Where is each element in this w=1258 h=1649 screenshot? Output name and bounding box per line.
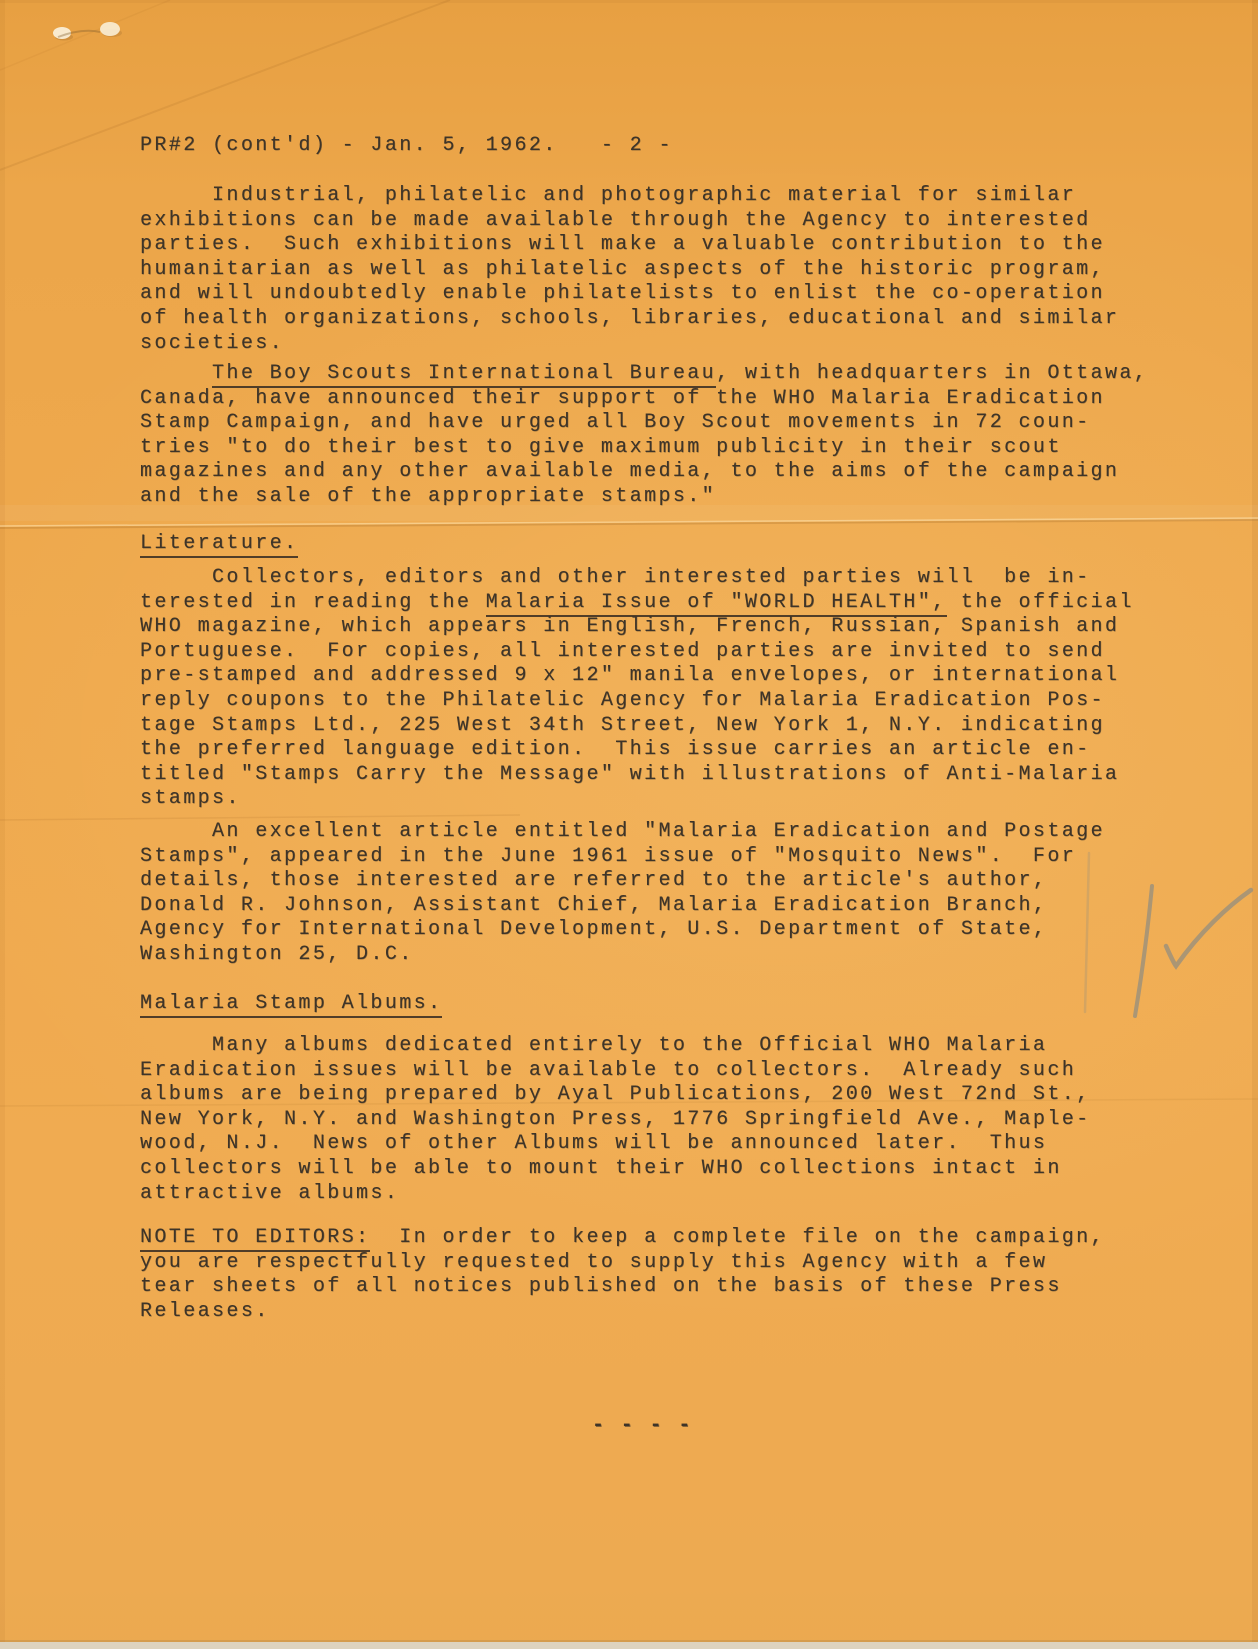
text-line: Industrial, philatelic and photographic …	[140, 184, 1119, 209]
text-segment: reply coupons to the Philatelic Agency f…	[140, 689, 1105, 712]
text-line: The Boy Scouts International Bureau, wit…	[140, 362, 1148, 387]
text-line: WHO magazine, which appears in English, …	[140, 615, 1134, 640]
text-line: Donald R. Johnson, Assistant Chief, Mala…	[140, 894, 1105, 919]
underlined-text: Literature.	[140, 532, 298, 558]
text-segment: attractive albums.	[140, 1182, 399, 1205]
text-segment	[140, 362, 212, 385]
text-line: Stamps", appeared in the June 1961 issue…	[140, 845, 1105, 870]
text-line: pre-stamped and addressed 9 x 12" manila…	[140, 664, 1134, 689]
text-segment: exhibitions can be made available throug…	[140, 209, 1091, 232]
text-segment: Donald R. Johnson, Assistant Chief, Mala…	[140, 894, 1047, 917]
text-segment: Industrial, philatelic and photographic …	[140, 184, 1076, 207]
text-line: magazines and any other available media,…	[140, 460, 1148, 485]
paragraph-industrial-material: Industrial, philatelic and photographic …	[140, 184, 1119, 356]
text-line: Canada, have announced their support of …	[140, 387, 1148, 412]
text-segment: tries "to do their best to give maximum …	[140, 436, 1062, 459]
text-segment: wood, N.J. News of other Albums will be …	[140, 1132, 1047, 1155]
text-line: and the sale of the appropriate stamps."	[140, 485, 1148, 510]
paragraph-note-to-editors: NOTE TO EDITORS: In order to keep a comp…	[140, 1226, 1105, 1324]
text-segment: Many albums dedicated entirely to the Of…	[140, 1034, 1047, 1057]
text-segment: titled "Stamps Carry the Message" with i…	[140, 763, 1119, 786]
paragraph-mosquito-news-article: An excellent article entitled "Malaria E…	[140, 820, 1105, 968]
text-line: the preferred language edition. This iss…	[140, 738, 1134, 763]
text-line: tries "to do their best to give maximum …	[140, 436, 1148, 461]
text-line: Portuguese. For copies, all interested p…	[140, 640, 1134, 665]
text-segment: terested in reading the	[140, 591, 486, 614]
text-segment: albums are being prepared by Ayal Public…	[140, 1083, 1091, 1106]
text-segment: Eradication issues will be available to …	[140, 1059, 1076, 1082]
paragraph-world-health-magazine: Collectors, editors and other interested…	[140, 566, 1134, 812]
text-segment: parties. Such exhibitions will make a va…	[140, 233, 1105, 256]
text-line: NOTE TO EDITORS: In order to keep a comp…	[140, 1226, 1105, 1251]
text-line: tear sheets of all notices published on …	[140, 1275, 1105, 1300]
text-segment: Collectors, editors and other interested…	[140, 566, 1091, 589]
text-segment: of health organizations, schools, librar…	[140, 307, 1119, 330]
text-segment: New York, N.Y. and Washington Press, 177…	[140, 1108, 1091, 1131]
text-line: and will undoubtedly enable philatelists…	[140, 282, 1119, 307]
text-line: wood, N.J. News of other Albums will be …	[140, 1132, 1091, 1157]
text-line: societies.	[140, 332, 1119, 357]
text-segment: tear sheets of all notices published on …	[140, 1275, 1062, 1298]
text-segment: An excellent article entitled "Malaria E…	[140, 820, 1105, 843]
text-line: Collectors, editors and other interested…	[140, 566, 1134, 591]
text-line: of health organizations, schools, librar…	[140, 307, 1119, 332]
scanned-press-release-page: PR#2 (cont'd) - Jan. 5, 1962. - 2 - Indu…	[0, 0, 1258, 1649]
text-line: tage Stamps Ltd., 225 West 34th Street, …	[140, 714, 1134, 739]
text-segment: Washington 25, D.C.	[140, 943, 414, 966]
text-segment: In order to keep a complete file on the …	[370, 1226, 1105, 1249]
heading-malaria-stamp-albums: Malaria Stamp Albums.	[140, 992, 442, 1017]
text-segment: magazines and any other available media,…	[140, 460, 1119, 483]
text-line: details, those interested are referred t…	[140, 869, 1105, 894]
text-segment: and the sale of the appropriate stamps."	[140, 485, 716, 508]
text-segment: humanitarian as well as philatelic aspec…	[140, 258, 1105, 281]
text-line: An excellent article entitled "Malaria E…	[140, 820, 1105, 845]
text-segment: Stamp Campaign, and have urged all Boy S…	[140, 411, 1091, 434]
text-line: Washington 25, D.C.	[140, 943, 1105, 968]
text-line: titled "Stamps Carry the Message" with i…	[140, 763, 1134, 788]
text-line: you are respectfully requested to supply…	[140, 1251, 1105, 1276]
text-segment: stamps.	[140, 787, 241, 810]
underlined-text: NOTE TO EDITORS:	[140, 1226, 370, 1252]
typewritten-text-layer: PR#2 (cont'd) - Jan. 5, 1962. - 2 - Indu…	[0, 0, 1258, 1649]
text-line: New York, N.Y. and Washington Press, 177…	[140, 1108, 1091, 1133]
text-segment: Portuguese. For copies, all interested p…	[140, 640, 1105, 663]
heading-literature: Literature.	[140, 532, 298, 557]
text-segment: , with headquarters in Ottawa,	[716, 362, 1148, 385]
text-line: reply coupons to the Philatelic Agency f…	[140, 689, 1134, 714]
text-segment: societies.	[140, 332, 284, 355]
text-segment: tage Stamps Ltd., 225 West 34th Street, …	[140, 714, 1105, 737]
text-line: Malaria Stamp Albums.	[140, 992, 442, 1017]
paragraph-stamp-albums: Many albums dedicated entirely to the Of…	[140, 1034, 1091, 1206]
underlined-text: The Boy Scouts International Bureau	[212, 362, 716, 388]
text-segment: the preferred language edition. This iss…	[140, 738, 1091, 761]
text-segment: Stamps", appeared in the June 1961 issue…	[140, 845, 1076, 868]
text-line: attractive albums.	[140, 1182, 1091, 1207]
text-line: parties. Such exhibitions will make a va…	[140, 233, 1119, 258]
page-header: PR#2 (cont'd) - Jan. 5, 1962. - 2 -	[140, 134, 673, 159]
text-segment: collectors will be able to mount their W…	[140, 1157, 1062, 1180]
text-segment: details, those interested are referred t…	[140, 869, 1047, 892]
text-segment: you are respectfully requested to supply…	[140, 1251, 1047, 1274]
text-segment: Canada, have announced their support of …	[140, 387, 1105, 410]
text-segment: Releases.	[140, 1300, 270, 1323]
text-segment: and will undoubtedly enable philatelists…	[140, 282, 1105, 305]
text-line: terested in reading the Malaria Issue of…	[140, 591, 1134, 616]
text-line: albums are being prepared by Ayal Public…	[140, 1083, 1091, 1108]
text-segment: WHO magazine, which appears in English, …	[140, 615, 1119, 638]
underlined-text: Malaria Stamp Albums.	[140, 992, 442, 1018]
text-line: humanitarian as well as philatelic aspec…	[140, 258, 1119, 283]
text-line: Many albums dedicated entirely to the Of…	[140, 1034, 1091, 1059]
text-line: Eradication issues will be available to …	[140, 1059, 1091, 1084]
text-line: Releases.	[140, 1300, 1105, 1325]
text-line: stamps.	[140, 787, 1134, 812]
text-line: collectors will be able to mount their W…	[140, 1157, 1091, 1182]
text-line: exhibitions can be made available throug…	[140, 209, 1119, 234]
underlined-text: Malaria Issue of "WORLD HEALTH",	[486, 591, 947, 617]
text-line: Literature.	[140, 532, 298, 557]
text-segment: Agency for International Development, U.…	[140, 918, 1047, 941]
end-divider: - - - -	[592, 1414, 693, 1439]
text-line: Agency for International Development, U.…	[140, 918, 1105, 943]
text-segment: the official	[947, 591, 1134, 614]
paragraph-boy-scouts: The Boy Scouts International Bureau, wit…	[140, 362, 1148, 510]
text-segment: pre-stamped and addressed 9 x 12" manila…	[140, 664, 1119, 687]
text-line: Stamp Campaign, and have urged all Boy S…	[140, 411, 1148, 436]
